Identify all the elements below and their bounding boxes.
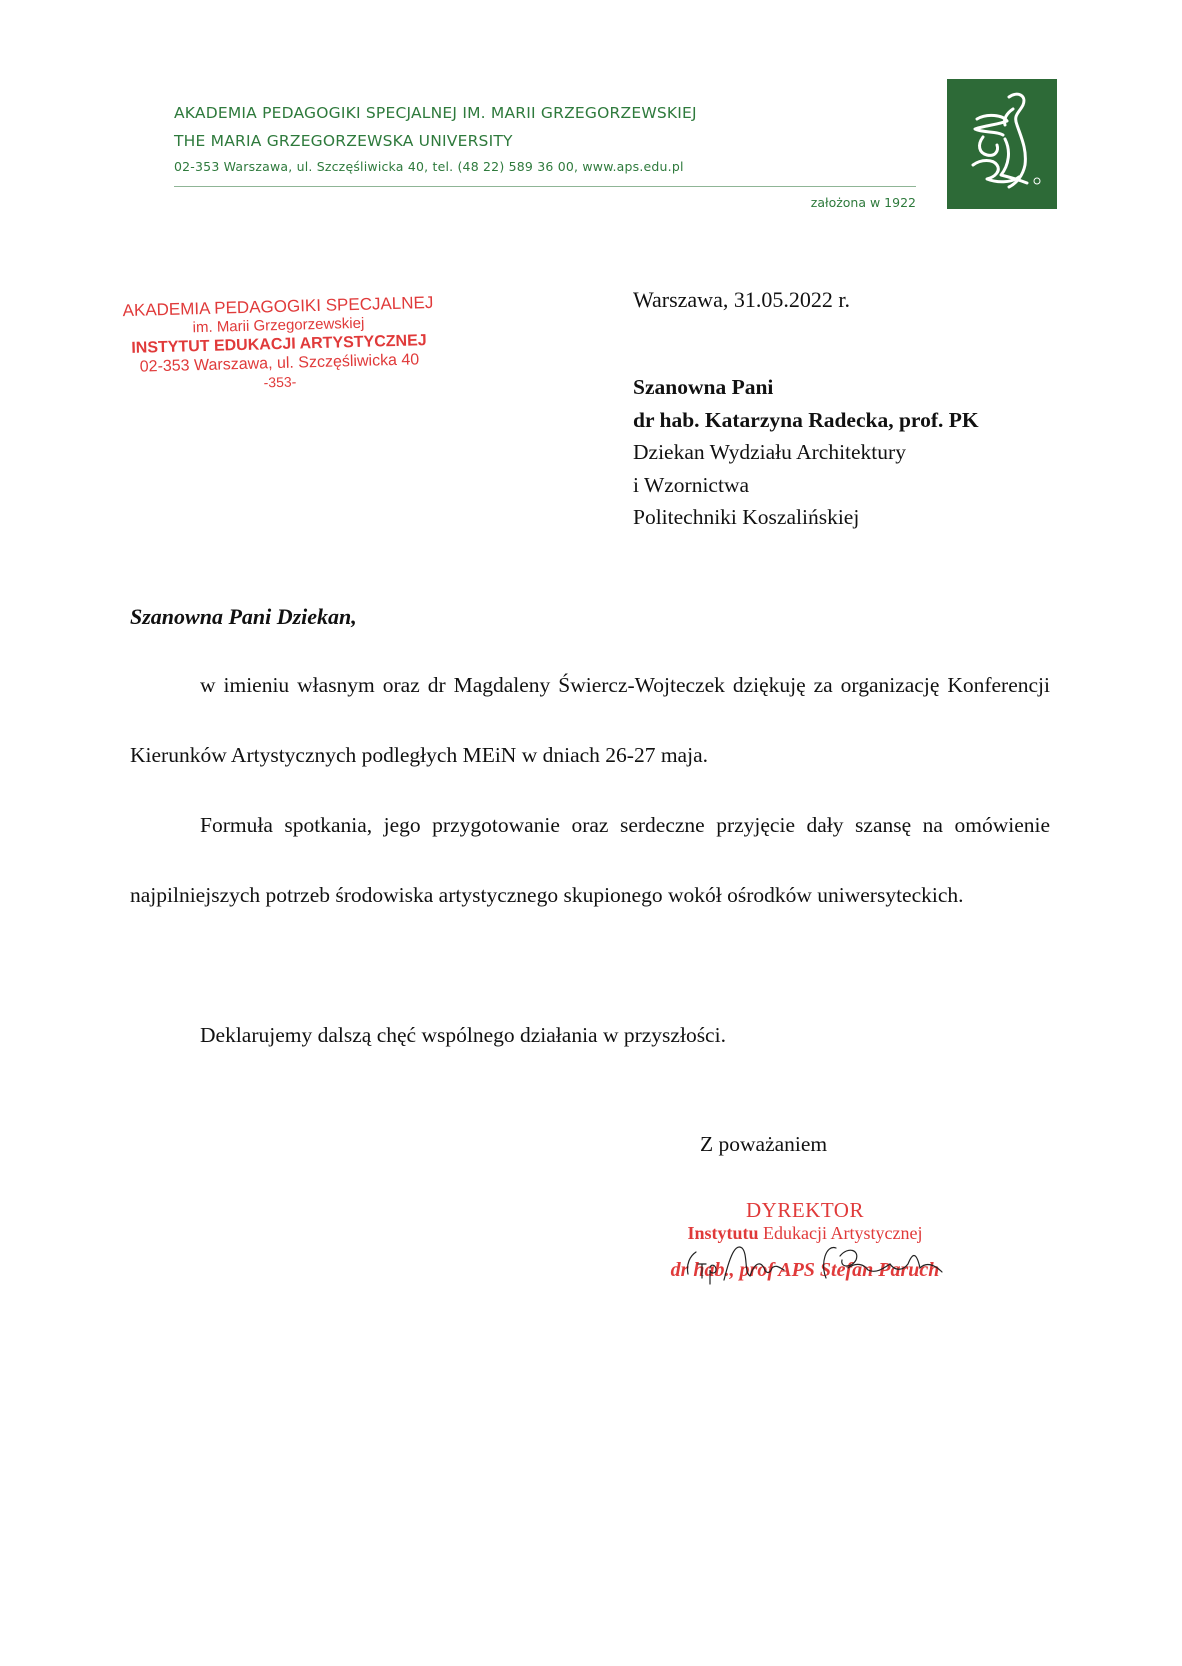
signature-institute: Instytutu Edukacji Artystycznej [660,1222,950,1244]
recipient-position-line2: i Wzornictwa [633,469,979,502]
letterhead-founded: założona w 1922 [811,195,916,210]
letter-page: AKADEMIA PEDAGOGIKI SPECJALNEJ IM. MARII… [0,0,1182,1666]
paragraph-text: w imieniu własnym oraz dr Magdaleny Świe… [130,650,1050,790]
recipient-position-line1: Dziekan Wydziału Architektury [633,436,979,469]
body-paragraph-2: Formuła spotkania, jego przygotowanie or… [130,790,1050,930]
recipient-greeting: Szanowna Pani [633,371,979,404]
signature-institute-rest: Edukacji Artystycznej [759,1223,923,1243]
letterhead-university-name-pl: AKADEMIA PEDAGOGIKI SPECJALNEJ IM. MARII… [174,104,697,122]
letterhead-address: 02-353 Warszawa, ul. Szczęśliwicka 40, t… [174,159,684,174]
recipient-institution: Politechniki Koszalińskiej [633,501,979,534]
letter-date: Warszawa, 31.05.2022 r. [633,287,850,313]
recipient-name: dr hab. Katarzyna Radecka, prof. PK [633,404,979,437]
body-paragraph-1: w imieniu własnym oraz dr Magdaleny Świe… [130,650,1050,790]
salutation: Szanowna Pani Dziekan, [130,604,357,630]
letterhead-university-name-en: THE MARIA GRZEGORZEWSKA UNIVERSITY [174,132,513,150]
body-paragraph-3: Deklarujemy dalszą chęć wspólnego działa… [130,1000,1050,1070]
letterhead-divider [174,186,916,187]
paragraph-text: Deklarujemy dalszą chęć wspólnego działa… [130,1000,1050,1070]
closing-phrase: Z poważaniem [700,1132,827,1157]
signature-title: DYREKTOR [660,1198,950,1222]
director-signature-stamp: DYREKTOR Instytutu Edukacji Artystycznej… [660,1198,950,1282]
paragraph-text: Formuła spotkania, jego przygotowanie or… [130,790,1050,930]
recipient-address-block: Szanowna Pani dr hab. Katarzyna Radecka,… [633,371,979,534]
aps-figure-logo-icon [947,79,1057,209]
signature-name: dr hab., prof APS Stefan Paruch [660,1258,950,1282]
institute-stamp: AKADEMIA PEDAGOGIKI SPECJALNEJ im. Marii… [113,293,445,397]
signature-institute-bold: Instytutu [688,1223,759,1243]
